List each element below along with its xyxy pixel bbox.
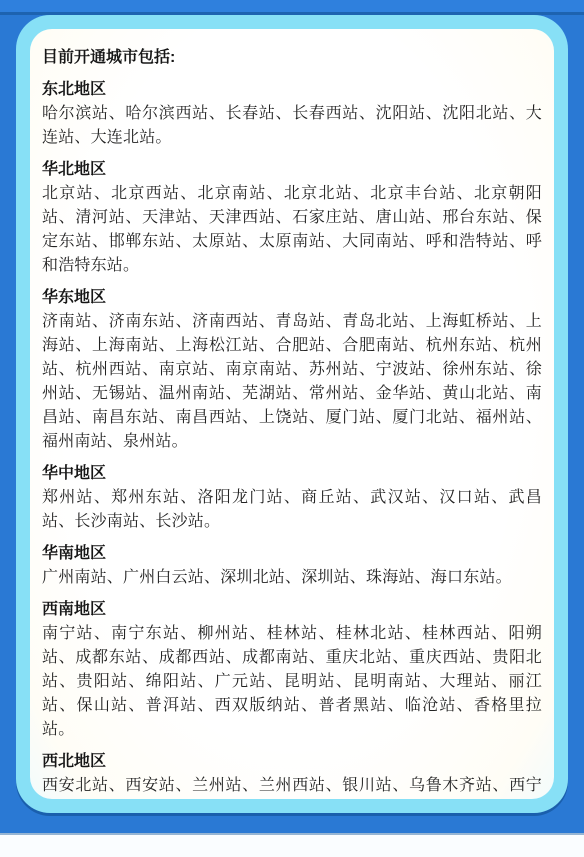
bottom-strip [0, 833, 584, 857]
region-section: 西南地区 南宁站、南宁东站、柳州站、桂林站、桂林北站、桂林西站、阳朔站、成都东站… [42, 598, 542, 742]
region-heading: 西北地区 [42, 750, 542, 774]
region-heading: 华中地区 [42, 462, 542, 486]
region-section: 东北地区 哈尔滨站、哈尔滨西站、长春站、长春西站、沈阳站、沈阳北站、大连站、大连… [42, 78, 542, 150]
station-list: 南宁站、南宁东站、柳州站、桂林站、桂林北站、桂林西站、阳朔站、成都东站、成都西站… [42, 622, 542, 742]
region-heading: 东北地区 [42, 78, 542, 102]
station-list: 西安北站、西安站、兰州站、兰州西站、银川站、乌鲁木齐站、西宁站、拉萨站。 [42, 774, 542, 799]
open-cities-card: 目前开通城市包括: 东北地区 哈尔滨站、哈尔滨西站、长春站、长春西站、沈阳站、沈… [16, 15, 568, 813]
open-cities-card-body: 目前开通城市包括: 东北地区 哈尔滨站、哈尔滨西站、长春站、长春西站、沈阳站、沈… [30, 29, 554, 799]
station-list: 郑州站、郑州东站、洛阳龙门站、商丘站、武汉站、汉口站、武昌站、长沙南站、长沙站。 [42, 486, 542, 534]
region-section: 西北地区 西安北站、西安站、兰州站、兰州西站、银川站、乌鲁木齐站、西宁站、拉萨站… [42, 750, 542, 799]
region-heading: 华东地区 [42, 286, 542, 310]
region-heading: 西南地区 [42, 598, 542, 622]
card-title: 目前开通城市包括: [42, 46, 542, 70]
station-list: 哈尔滨站、哈尔滨西站、长春站、长春西站、沈阳站、沈阳北站、大连站、大连北站。 [42, 102, 542, 150]
region-section: 华南地区 广州南站、广州白云站、深圳北站、深圳站、珠海站、海口东站。 [42, 542, 542, 590]
station-list: 济南站、济南东站、济南西站、青岛站、青岛北站、上海虹桥站、上海站、上海南站、上海… [42, 310, 542, 454]
station-list: 广州南站、广州白云站、深圳北站、深圳站、珠海站、海口东站。 [42, 566, 542, 590]
region-section: 华东地区 济南站、济南东站、济南西站、青岛站、青岛北站、上海虹桥站、上海站、上海… [42, 286, 542, 454]
region-section: 华北地区 北京站、北京西站、北京南站、北京北站、北京丰台站、北京朝阳站、清河站、… [42, 158, 542, 278]
region-heading: 华北地区 [42, 158, 542, 182]
region-heading: 华南地区 [42, 542, 542, 566]
region-sections: 东北地区 哈尔滨站、哈尔滨西站、长春站、长春西站、沈阳站、沈阳北站、大连站、大连… [42, 78, 542, 799]
region-section: 华中地区 郑州站、郑州东站、洛阳龙门站、商丘站、武汉站、汉口站、武昌站、长沙南站… [42, 462, 542, 534]
station-list: 北京站、北京西站、北京南站、北京北站、北京丰台站、北京朝阳站、清河站、天津站、天… [42, 182, 542, 278]
